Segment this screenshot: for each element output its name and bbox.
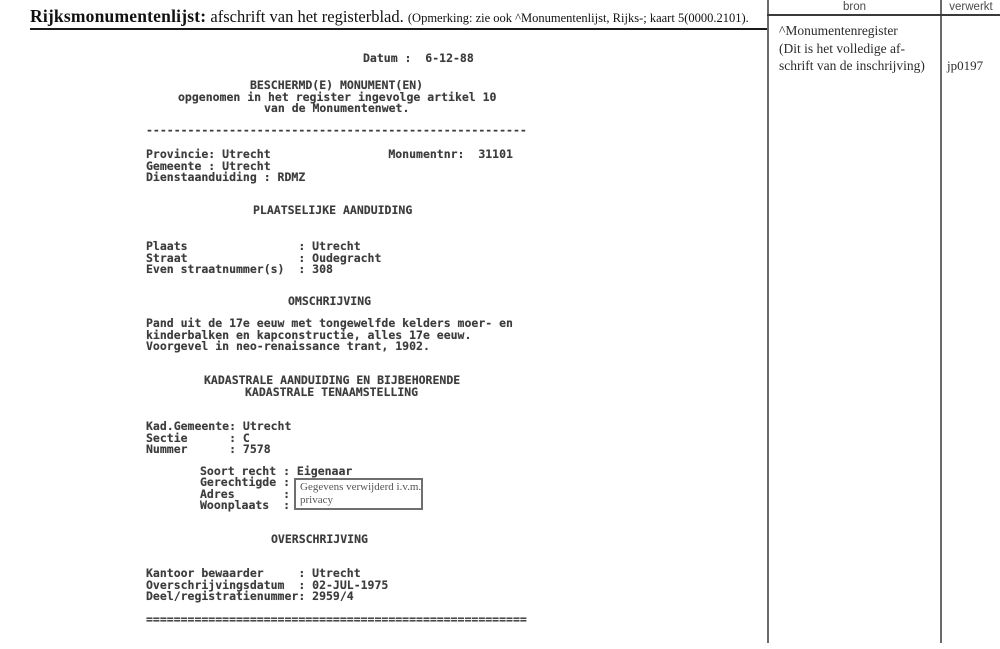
- column-header-bron: bron: [769, 1, 940, 13]
- sidebar-column-divider: [940, 0, 942, 643]
- page-title: Rijksmonumentenlijst: afschrift van het …: [30, 6, 749, 27]
- doc-line-25: OVERSCHRIJVING: [271, 533, 368, 545]
- column-header-verwerkt: verwerkt: [942, 1, 1000, 13]
- doc-line-17: KADASTRALE TENAAMSTELLING: [245, 386, 418, 398]
- page-title-subtitle: afschrift van het registerblad.: [206, 7, 408, 26]
- doc-line-3: van de Monumentenwet.: [264, 102, 409, 114]
- bron-line-3: schrift van de inschrijving): [779, 57, 944, 75]
- bron-line-1: ^Monumentenregister: [779, 22, 944, 40]
- privacy-line-2: privacy: [300, 494, 417, 507]
- doc-line-12: OMSCHRIJVING: [288, 295, 371, 307]
- privacy-line-1: Gegevens verwijderd i.v.m.: [300, 481, 417, 494]
- doc-line-15: Voorgevel in neo-renaissance trant, 1902…: [146, 340, 430, 352]
- verwerkt-cell: jp0197: [947, 58, 983, 74]
- doc-line-8: PLAATSELIJKE AANDUIDING: [253, 204, 412, 216]
- doc-line-11: Even straatnummer(s) : 308: [146, 263, 333, 275]
- scanned-register-page: { "header": { "title_bold": "Rijksmonume…: [0, 0, 1000, 649]
- header-rule: [30, 28, 768, 30]
- doc-line-7: Dienstaanduiding : RDMZ: [146, 171, 305, 183]
- sidebar-left-border: [767, 0, 769, 643]
- sidebar-header-rule: [767, 14, 1000, 16]
- doc-line-0: Datum : 6-12-88: [363, 52, 474, 64]
- doc-line-29: ========================================…: [146, 613, 527, 625]
- doc-line-28: Deel/registratienummer: 2959/4: [146, 590, 354, 602]
- doc-line-4: ----------------------------------------…: [146, 124, 527, 136]
- doc-line-20: Nummer : 7578: [146, 443, 271, 455]
- page-title-main: Rijksmonumentenlijst:: [30, 6, 206, 26]
- bron-cell: ^Monumentenregister (Dit is het volledig…: [779, 22, 944, 75]
- doc-line-24: Woonplaats :: [200, 499, 290, 511]
- bron-line-2: (Dit is het volledige af-: [779, 40, 944, 58]
- privacy-redaction-box: Gegevens verwijderd i.v.m. privacy: [294, 478, 423, 510]
- page-title-note: (Opmerking: zie ook ^Monumentenlijst, Ri…: [408, 11, 749, 25]
